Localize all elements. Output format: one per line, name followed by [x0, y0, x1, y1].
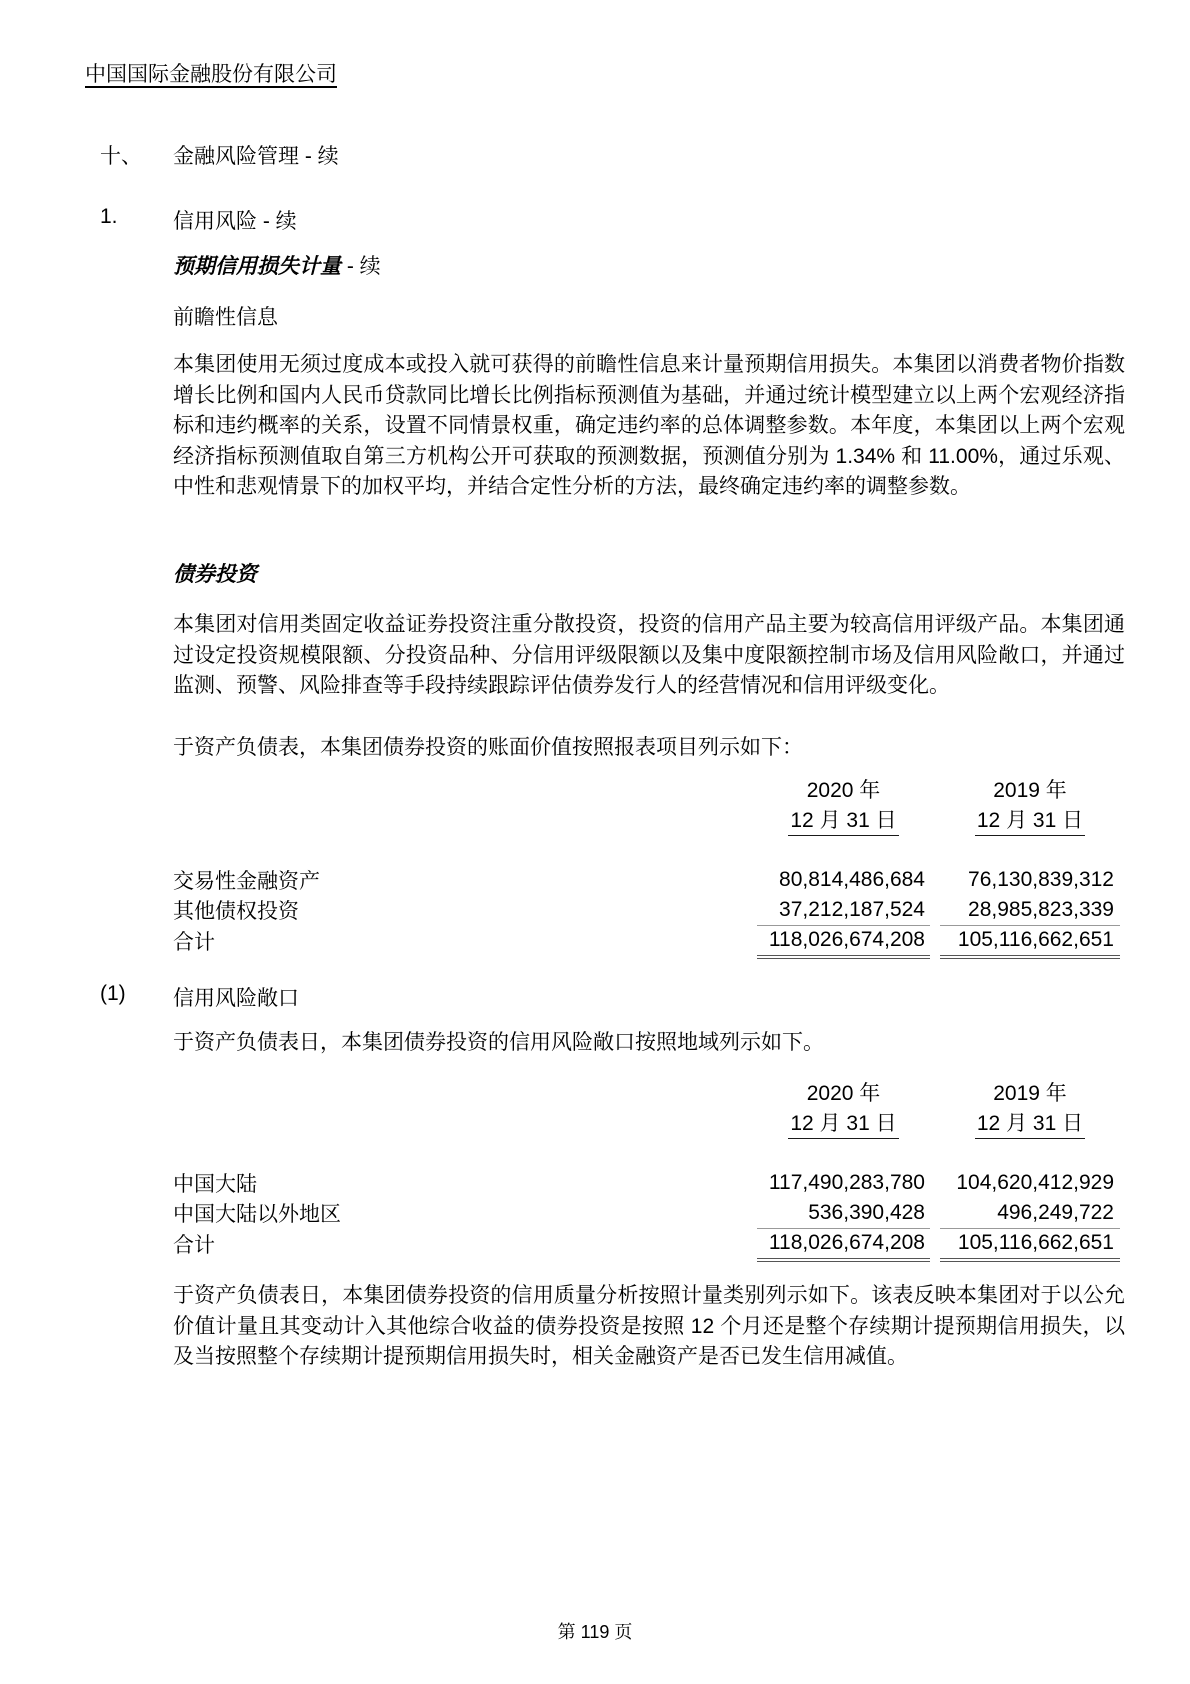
- table-row: 其他债权投资 37,212,187,524 28,985,823,339: [173, 895, 1120, 925]
- paragraph-bond-investment: 本集团对信用类固定收益证券投资注重分散投资，投资的信用产品主要为较高信用评级产品…: [173, 610, 1125, 702]
- table2-col1-year: 2020 年: [757, 1077, 930, 1107]
- ecl-heading-suffix: - 续: [341, 255, 381, 278]
- company-name: 中国国际金融股份有限公司: [85, 58, 337, 88]
- section-1: 1. 信用风险 - 续: [100, 205, 297, 235]
- table2-col1-date: 12 月 31 日: [788, 1112, 898, 1139]
- section-10-title: 金融风险管理 - 续: [173, 140, 339, 170]
- table-row: 中国大陆以外地区 536,390,428 496,249,722: [173, 1198, 1120, 1228]
- credit-exposure-table: 2020 年 2019 年 12 月 31 日 12 月 31 日 中国大陆 1…: [173, 1077, 1120, 1262]
- table-row: 中国大陆 117,490,283,780 104,620,412,929: [173, 1168, 1120, 1198]
- row-value-2020: 80,814,486,684: [757, 865, 930, 895]
- paragraph-forward-looking: 本集团使用无须过度成本或投入就可获得的前瞻性信息来计量预期信用损失。本集团以消费…: [173, 350, 1125, 503]
- row-value-2019: 496,249,722: [940, 1198, 1120, 1228]
- subsection-1-title: 信用风险敞口: [173, 982, 299, 1012]
- row-value-2020: 37,212,187,524: [757, 895, 930, 925]
- row-value-2020: 117,490,283,780: [757, 1168, 930, 1198]
- subsection-1-number: (1): [100, 982, 173, 1012]
- table2-col2-date: 12 月 31 日: [975, 1112, 1085, 1139]
- table1-col1-date: 12 月 31 日: [788, 809, 898, 836]
- section-10-number: 十、: [100, 140, 173, 170]
- forward-info-heading: 前瞻性信息: [173, 301, 278, 331]
- bond-investment-heading: 债券投资: [173, 558, 257, 588]
- table1-col1-year: 2020 年: [757, 774, 930, 804]
- total-value-2019: 105,116,662,651: [940, 1228, 1120, 1260]
- row-value-2020: 536,390,428: [757, 1198, 930, 1228]
- row-label: 交易性金融资产: [173, 865, 757, 895]
- ecl-heading: 预期信用损失计量 - 续: [173, 250, 381, 280]
- row-value-2019: 28,985,823,339: [940, 895, 1120, 925]
- table-spacer-row: [173, 834, 1120, 865]
- table1-col2-year: 2019 年: [940, 774, 1120, 804]
- table-row: 12 月 31 日 12 月 31 日: [173, 804, 1120, 834]
- section-10: 十、 金融风险管理 - 续: [100, 140, 339, 170]
- table-row: 2020 年 2019 年: [173, 1077, 1120, 1107]
- row-value-2019: 104,620,412,929: [940, 1168, 1120, 1198]
- table2-col2-year: 2019 年: [940, 1077, 1120, 1107]
- section-1-title: 信用风险 - 续: [173, 205, 297, 235]
- table-spacer-row: [173, 1137, 1120, 1168]
- row-label: 中国大陆: [173, 1168, 757, 1198]
- row-value-2019: 76,130,839,312: [940, 865, 1120, 895]
- page-number: 第 119 页: [0, 1618, 1190, 1644]
- table1-intro: 于资产负债表，本集团债券投资的账面价值按照报表项目列示如下：: [173, 733, 1125, 764]
- total-value-2020: 118,026,674,208: [757, 925, 930, 957]
- document-page: 中国国际金融股份有限公司 十、 金融风险管理 - 续 1. 信用风险 - 续 预…: [0, 0, 1190, 1684]
- subsection-1: (1) 信用风险敞口: [100, 982, 299, 1012]
- table-row: 交易性金融资产 80,814,486,684 76,130,839,312: [173, 865, 1120, 895]
- section-1-number: 1.: [100, 205, 173, 235]
- table-row: 12 月 31 日 12 月 31 日: [173, 1107, 1120, 1137]
- table-total-row: 合计 118,026,674,208 105,116,662,651: [173, 925, 1120, 957]
- total-label: 合计: [173, 925, 757, 957]
- row-label: 其他债权投资: [173, 895, 757, 925]
- table1-col2-date: 12 月 31 日: [975, 809, 1085, 836]
- total-label: 合计: [173, 1228, 757, 1260]
- paragraph-credit-quality: 于资产负债表日，本集团债券投资的信用质量分析按照计量类别列示如下。该表反映本集团…: [173, 1281, 1125, 1373]
- row-label: 中国大陆以外地区: [173, 1198, 757, 1228]
- table-total-row: 合计 118,026,674,208 105,116,662,651: [173, 1228, 1120, 1260]
- ecl-heading-text: 预期信用损失计量: [173, 255, 341, 278]
- table-row: 2020 年 2019 年: [173, 774, 1120, 804]
- total-value-2019: 105,116,662,651: [940, 925, 1120, 957]
- carrying-value-table: 2020 年 2019 年 12 月 31 日 12 月 31 日 交易性金融资…: [173, 774, 1120, 959]
- total-value-2020: 118,026,674,208: [757, 1228, 930, 1260]
- table2-intro: 于资产负债表日，本集团债券投资的信用风险敞口按照地域列示如下。: [173, 1028, 1125, 1059]
